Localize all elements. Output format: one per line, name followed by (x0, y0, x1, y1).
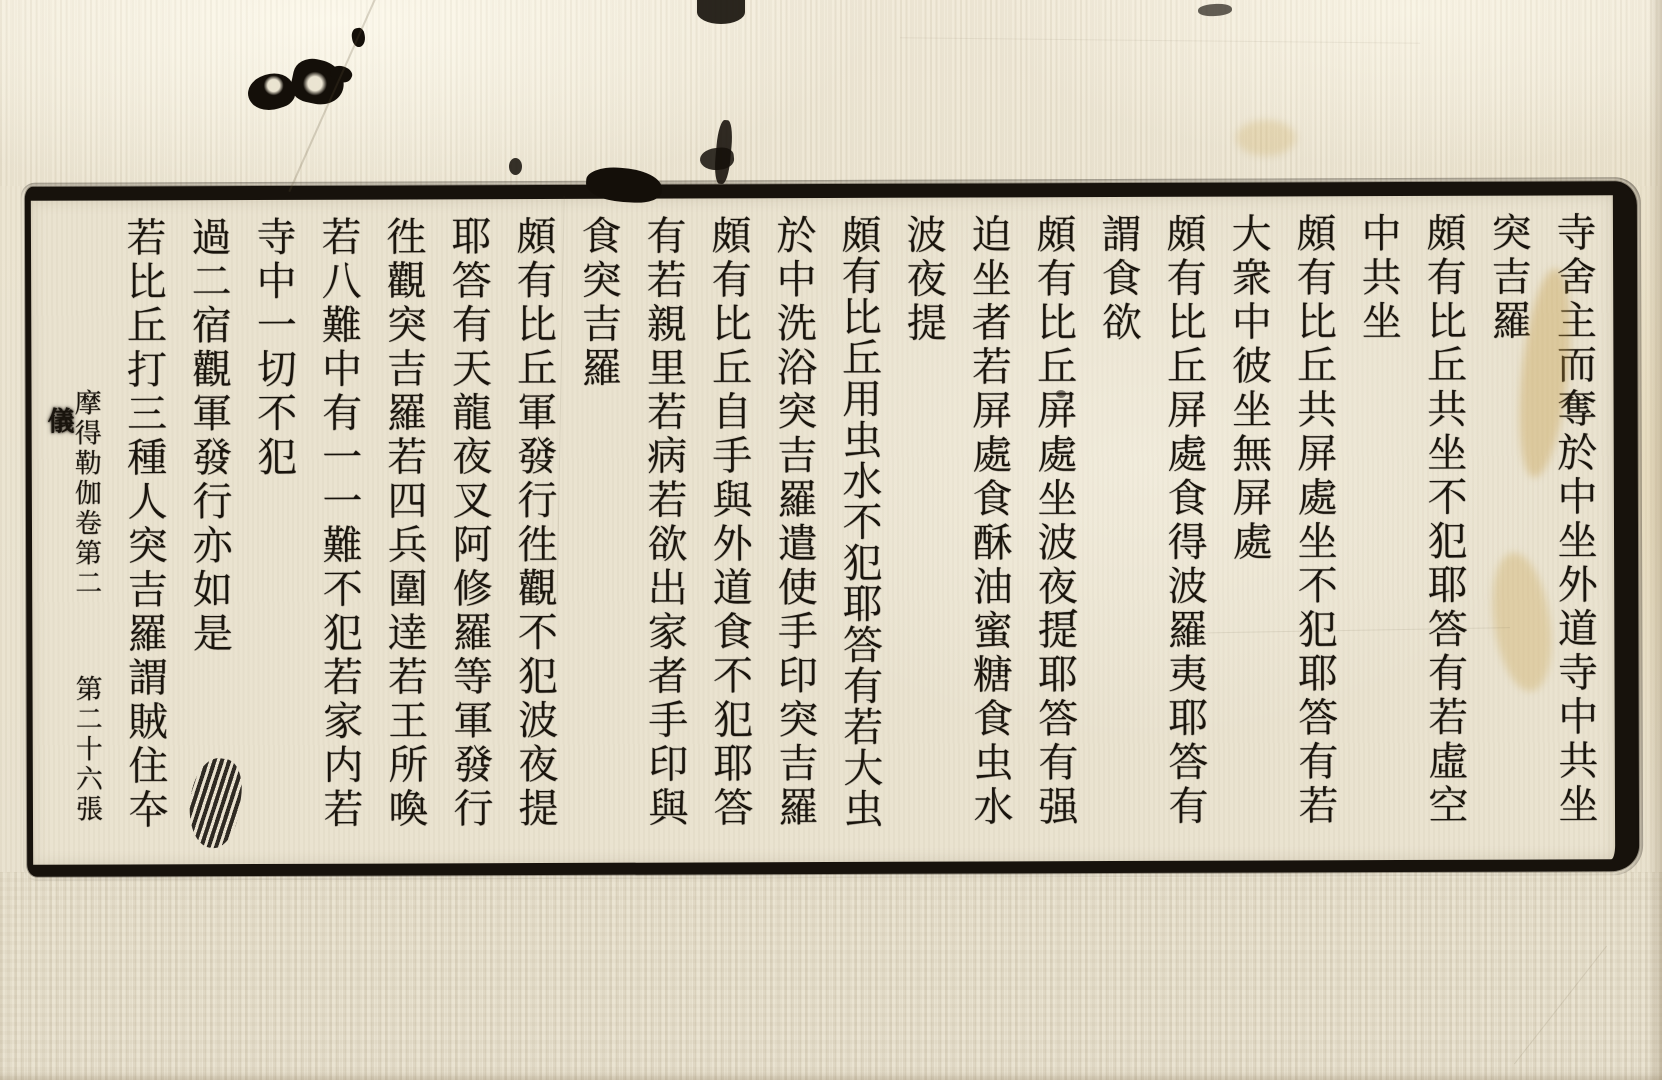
text-column: 食突吉羅 (578, 215, 620, 847)
colophon-title: 摩得勒伽卷第二 (72, 389, 100, 599)
text-column: 若比丘打三種人突吉羅謂賊住夲 (123, 216, 165, 848)
text-column: 頗有比丘共坐不犯耶答有若虛空 (1423, 212, 1465, 844)
text-column: 迫坐者若屏處食酥油蜜糖食虫水 (968, 213, 1010, 845)
text-column: 過二宿觀軍發行亦如是 (188, 216, 230, 848)
colophon-sheet-number: 第二十六張 (73, 675, 101, 825)
colophon-column: 摩得勒伽卷第二 第二十六張 儀 (44, 217, 100, 849)
text-column: 有若親里若病若欲出家者手印與 (643, 214, 685, 846)
text-column: 突吉羅 (1488, 212, 1530, 844)
paper-texture-top (0, 0, 1662, 186)
colophon-carver-mark: 儀 (45, 407, 72, 437)
text-column: 波夜提 (903, 214, 945, 846)
text-column: 中共坐 (1358, 212, 1400, 844)
text-column: 寺中一切不犯 (253, 216, 295, 848)
text-column: 頗有比丘用虫水不犯耶答有若大虫 (838, 214, 880, 846)
text-column: 頗有比丘屏處坐波夜提耶答有强 (1033, 213, 1075, 845)
text-column: 頗有比丘軍發行徃觀不犯波夜提 (513, 215, 555, 847)
manuscript-scan: 寺舍主而奪於中坐外道寺中共坐 突吉羅 頗有比丘共坐不犯耶答有若虛空 中共坐 頗有… (0, 0, 1662, 1080)
text-column: 耶答有天龍夜叉阿修羅等軍發行 (448, 215, 490, 847)
paper-texture-bottom (0, 872, 1662, 1080)
text-column: 寺舍主而奪於中坐外道寺中共坐 (1553, 211, 1595, 843)
stray-dash-mark: 一 (1041, 587, 1080, 640)
text-column: 大衆中彼坐無屏處 (1228, 212, 1270, 844)
text-column: 謂食欲 (1098, 213, 1140, 845)
text-column: 頗有比丘屏處食得波羅夷耶答有 (1163, 213, 1205, 845)
text-column: 若八難中有一一難不犯若家内若 (318, 216, 360, 848)
text-column: 頗有比丘自手與外道食不犯耶答 (708, 214, 750, 846)
text-column: 徃觀突吉羅若四兵圍逹若王所喚 (383, 215, 425, 847)
text-block: 寺舍主而奪於中坐外道寺中共坐 突吉羅 頗有比丘共坐不犯耶答有若虛空 中共坐 頗有… (35, 197, 1613, 860)
text-column: 頗有比丘共屏處坐不犯耶答有若 (1293, 212, 1335, 844)
text-column: 於中洗浴突吉羅遣使手印突吉羅 (773, 214, 815, 846)
